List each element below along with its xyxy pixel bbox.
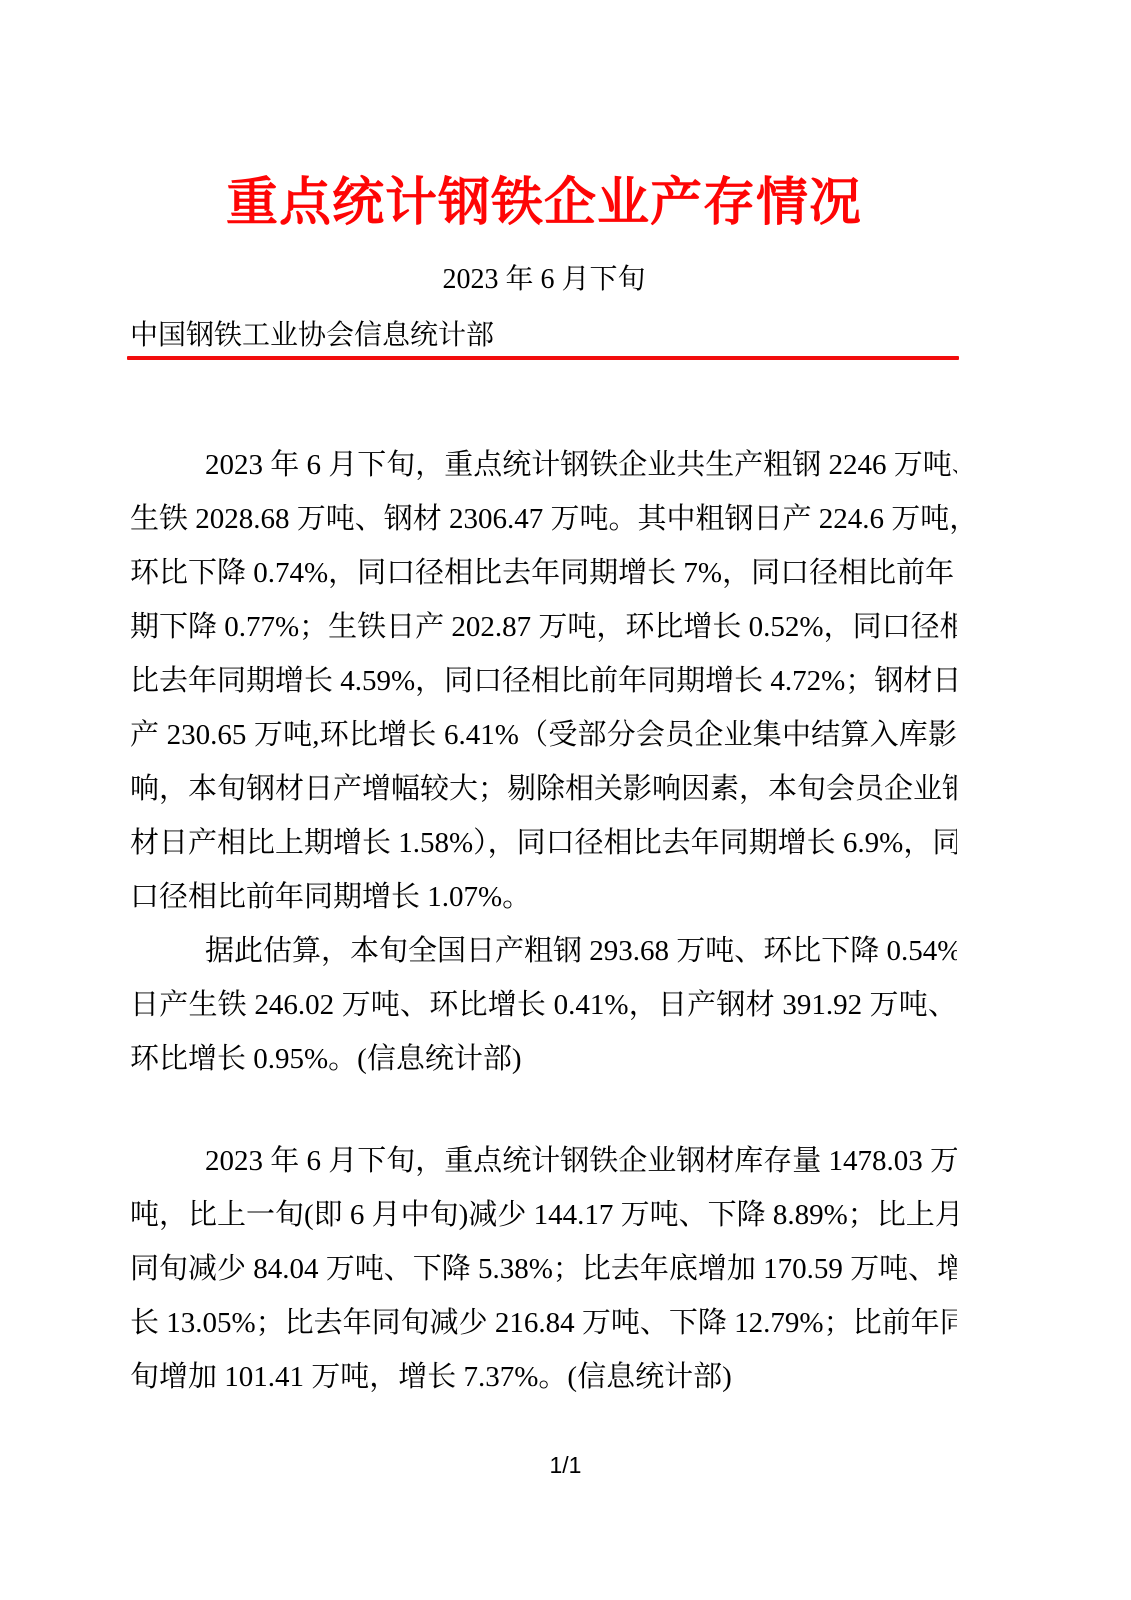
paragraph: 据此估算，本旬全国日产粗钢 293.68 万吨、环比下降 0.54%，日产生铁 … xyxy=(130,924,957,1086)
document-title: 重点统计钢铁企业产存情况 xyxy=(130,170,958,236)
text-line: 材日产相比上期增长 1.58%），同口径相比去年同期增长 6.9%，同 xyxy=(130,816,957,870)
text-line: 产 230.65 万吨,环比增长 6.41%（受部分会员企业集中结算入库影 xyxy=(130,708,957,762)
text-line: 吨，比上一旬(即 6 月中旬)减少 144.17 万吨、下降 8.89%；比上月 xyxy=(130,1188,957,1242)
document-byline: 中国钢铁工业协会信息统计部 xyxy=(130,318,958,354)
text-line: 2023 年 6 月下旬，重点统计钢铁企业钢材库存量 1478.03 万 xyxy=(130,1134,957,1188)
paragraph: 2023 年 6 月下旬，重点统计钢铁企业钢材库存量 1478.03 万吨，比上… xyxy=(130,1134,957,1404)
header-rule xyxy=(127,356,959,360)
text-line: 比去年同期增长 4.59%，同口径相比前年同期增长 4.72%；钢材日 xyxy=(130,654,957,708)
text-line: 旬增加 101.41 万吨，增长 7.37%。(信息统计部) xyxy=(130,1350,957,1404)
text-line: 环比下降 0.74%，同口径相比去年同期增长 7%，同口径相比前年同 xyxy=(130,546,957,600)
text-line: 长 13.05%；比去年同旬减少 216.84 万吨、下降 12.79%；比前年… xyxy=(130,1296,957,1350)
text-line: 同旬减少 84.04 万吨、下降 5.38%；比去年底增加 170.59 万吨、… xyxy=(130,1242,957,1296)
text-line: 环比增长 0.95%。(信息统计部) xyxy=(130,1032,957,1086)
text-line: 日产生铁 246.02 万吨、环比增长 0.41%，日产钢材 391.92 万吨… xyxy=(130,978,957,1032)
text-line: 2023 年 6 月下旬，重点统计钢铁企业共生产粗钢 2246 万吨、 xyxy=(130,438,957,492)
document-page: 重点统计钢铁企业产存情况 2023 年 6 月下旬 中国钢铁工业协会信息统计部 … xyxy=(0,0,1131,1600)
text-line: 据此估算，本旬全国日产粗钢 293.68 万吨、环比下降 0.54%， xyxy=(130,924,957,978)
text-line: 生铁 2028.68 万吨、钢材 2306.47 万吨。其中粗钢日产 224.6… xyxy=(130,492,957,546)
document-subtitle: 2023 年 6 月下旬 xyxy=(130,262,958,298)
text-line: 期下降 0.77%；生铁日产 202.87 万吨，环比增长 0.52%，同口径相 xyxy=(130,600,957,654)
document-body: 2023 年 6 月下旬，重点统计钢铁企业共生产粗钢 2246 万吨、生铁 20… xyxy=(130,438,957,1404)
text-line: 响，本旬钢材日产增幅较大；剔除相关影响因素，本旬会员企业钢 xyxy=(130,762,957,816)
paragraph: 2023 年 6 月下旬，重点统计钢铁企业共生产粗钢 2246 万吨、生铁 20… xyxy=(130,438,957,924)
page-number: 1/1 xyxy=(0,1450,1131,1480)
text-line: 口径相比前年同期增长 1.07%。 xyxy=(130,870,957,924)
